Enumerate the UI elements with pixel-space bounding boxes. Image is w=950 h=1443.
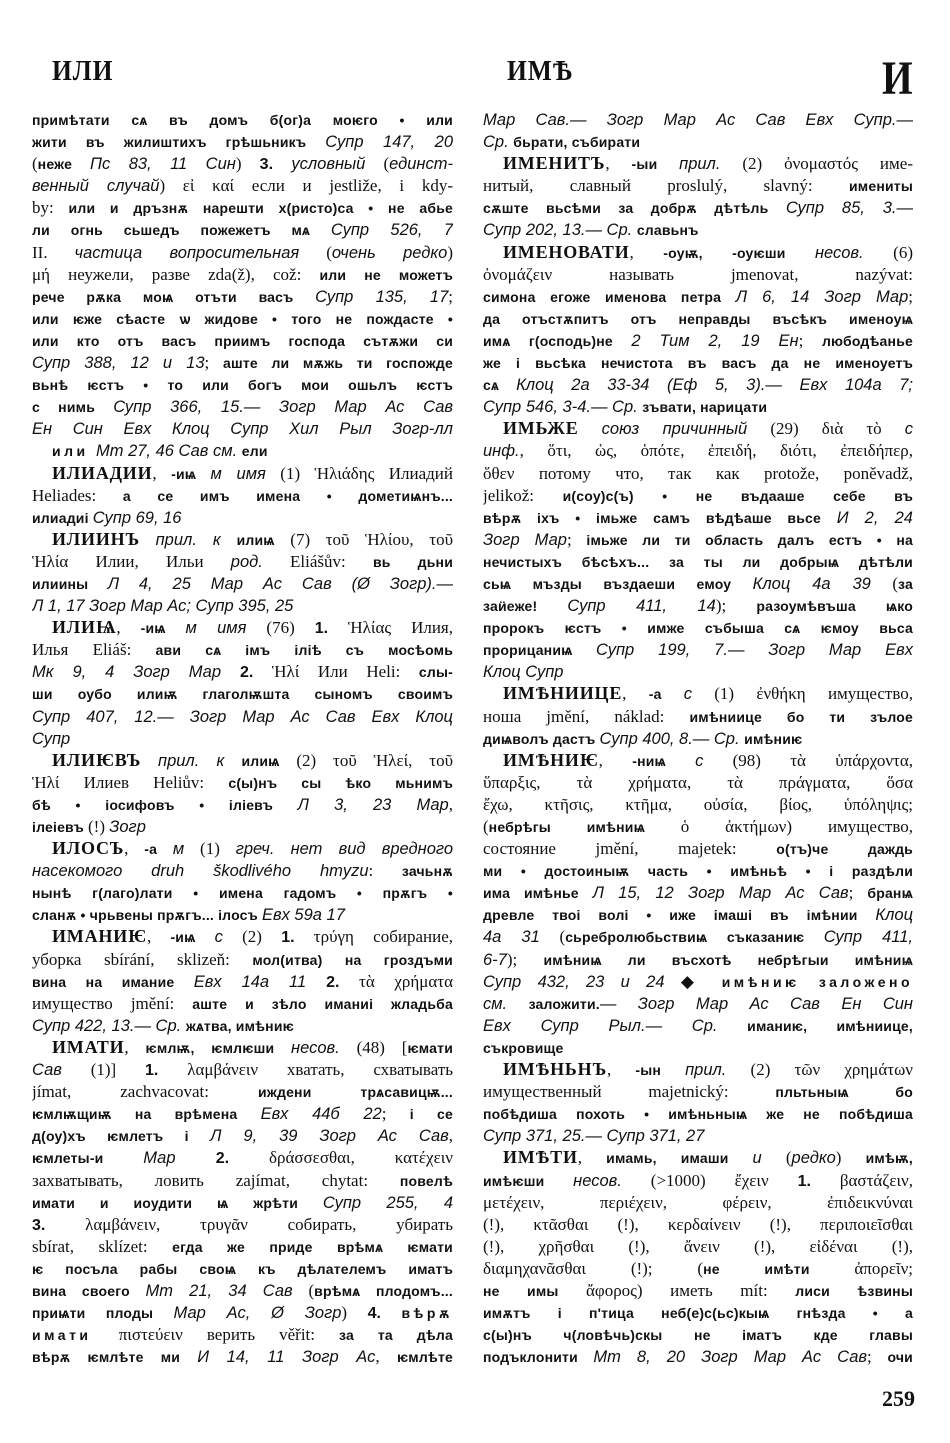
gloss-text: μετέχειν, περιέχειν, φέρειν, ἐπιδεικνύνα… bbox=[483, 1193, 913, 1212]
ocs-text: имѣѭ, bbox=[866, 1150, 913, 1166]
ocs-text: ши оубо илиѭ глаголѭшта сыномъ своимъ bbox=[32, 686, 453, 702]
italic-text: Супр 202, 13.— Ср. bbox=[483, 221, 637, 239]
italic-text: несов. bbox=[291, 1039, 340, 1057]
ocs-text: разоумѣвъша ѩко bbox=[756, 598, 913, 614]
gloss-text: Илья Eliáš: bbox=[32, 640, 156, 659]
gloss-text: , bbox=[116, 618, 140, 637]
ocs-text: сланѫ • чрьвены прѫгъ... ілосъ bbox=[32, 907, 262, 923]
ocs-text: зачьнѫ bbox=[402, 863, 453, 879]
italic-text: Супр 199, 7.— Зогр Мар Евх bbox=[596, 641, 913, 659]
gloss-text bbox=[140, 530, 156, 549]
gloss-text: ; bbox=[448, 287, 453, 306]
text-line: ИЛИАДИИ, -иѩ м имя (1) Ἡλιάδης Илиадий bbox=[32, 463, 453, 485]
italic-text: — Зогр Мар Ас Сав Ен Син bbox=[600, 995, 913, 1013]
gloss-text: , bbox=[147, 927, 171, 946]
ocs-text: илиадиі bbox=[32, 510, 93, 526]
ocs-text: вѣрѫ ѥмлѣте ми bbox=[32, 1349, 197, 1365]
italic-text: м bbox=[173, 840, 184, 858]
gloss-text bbox=[381, 1303, 402, 1322]
text-line: Л 1, 17 Зогр Мар Ас; Супр 395, 25 bbox=[32, 595, 453, 617]
italic-text: м имя bbox=[186, 619, 247, 637]
text-line: вѣрѫ іхъ • імьже самъ вѣдѣаше вьсе И 2, … bbox=[483, 507, 913, 529]
gloss-text: (1) ἐνθήκη имущество, bbox=[692, 684, 913, 703]
ocs-text: ѥмлѭщиѭ на врѣмена bbox=[32, 1106, 261, 1122]
ocs-text: -ниѩ bbox=[632, 753, 695, 769]
ocs-text: ли огнь сьшедъ пожежетъ мѧ bbox=[32, 222, 331, 238]
italic-text: род. bbox=[231, 553, 263, 571]
gloss-text: , bbox=[622, 684, 649, 703]
ocs-text: с(ы)нъ ч(ловѣчь)скы не іматъ кде главы bbox=[483, 1327, 913, 1343]
gloss-text: λαμβάνειν хватать, схватывать bbox=[158, 1060, 453, 1079]
gloss-text: состояние jmění, majetek: bbox=[483, 839, 776, 858]
text-line: Супр 407, 12.— Зогр Мар Ас Сав Евх Клоц bbox=[32, 706, 453, 728]
ocs-text: -иѩ bbox=[141, 620, 186, 636]
text-line: Супр 388, 12 и 13; аште ли мѫжь ти госпо… bbox=[32, 352, 453, 374]
text-line: нечистыхъ бѣсѣхъ... за ты ли добрыѩ дѣтѣ… bbox=[483, 551, 913, 573]
sense-number: 2. bbox=[326, 974, 339, 991]
italic-text: Супр 366, 15.— Зогр Мар Ас Сав bbox=[113, 398, 453, 416]
italic-text: Мт 21, 34 Сав bbox=[146, 1282, 293, 1300]
text-line: сѧ Клоц 2а 33-34 (Еф 5, 3).— Евх 104а 7; bbox=[483, 374, 913, 396]
ocs-text: повелѣ bbox=[400, 1173, 453, 1189]
text-line: симона егоже именова петра Л 6, 14 Зогр … bbox=[483, 286, 913, 308]
gloss-text: (7) τοῦ Ἡλίου, τοῦ bbox=[275, 530, 453, 549]
sense-number: 2. bbox=[216, 1150, 229, 1167]
ocs-text: вина на имание bbox=[32, 974, 194, 990]
gloss-text: , bbox=[124, 839, 144, 858]
italic-text: насекомого druh škodlivého hmyzu bbox=[32, 862, 369, 880]
text-line: ли огнь сьшедъ пожежетъ мѧ Супр 526, 7 bbox=[32, 219, 453, 241]
text-line: jímat, zachvacovat: иждени трѧсавицѭ... bbox=[32, 1081, 453, 1103]
text-line: ἔχω, κτῆσις, κτῆμα, οὐσία, βίος, ὑπόληψι… bbox=[483, 794, 913, 816]
italic-text: Супр 407, 12.— Зогр Мар Ас Сав Евх Клоц bbox=[32, 708, 453, 726]
text-line: Heliades: а се имъ имена • дометиѩнъ... bbox=[32, 485, 453, 507]
ocs-text: любодѣанье bbox=[822, 333, 913, 349]
ocs-text: побѣдиша похоть • имѣньныѩ же не побѣдиш… bbox=[483, 1106, 913, 1122]
italic-text: Л 3, 23 Мар bbox=[298, 796, 449, 814]
ocs-text: не имѣти bbox=[703, 1261, 854, 1277]
text-line: с(ы)нъ ч(ловѣчь)скы не іматъ кде главы bbox=[483, 1324, 913, 1346]
gloss-text bbox=[579, 419, 602, 438]
gloss-text: ; bbox=[908, 287, 913, 306]
gloss-text: (98) τὰ ὑπάρχοντα, bbox=[703, 751, 913, 770]
italic-text: редко bbox=[792, 1149, 836, 1167]
text-line: имати и иоудити ѩ жрѣти Супр 255, 4 bbox=[32, 1192, 453, 1214]
ocs-text: с нимь bbox=[32, 399, 113, 415]
text-line: Ен Син Евх Клоц Супр Хил Рыл Зогр-лл bbox=[32, 418, 453, 440]
gloss-text: ) bbox=[236, 154, 260, 173]
right-column: Мар Сав.— Зогр Мар Ас Сав Евх Супр.—Ср. … bbox=[483, 109, 913, 1368]
ocs-text: егда же приде врѣмѧ ѥмати bbox=[172, 1239, 453, 1255]
gloss-text: имущество jmění: bbox=[32, 994, 192, 1013]
ocs-text: врѣмѧ плодомъ... bbox=[314, 1283, 453, 1299]
italic-text: условный bbox=[291, 155, 365, 173]
ocs-text: прорицаниѩ bbox=[483, 642, 596, 658]
italic-text: И 14, 11 Зогр Ас bbox=[197, 1348, 375, 1366]
ocs-text: имамь, имаши bbox=[606, 1150, 752, 1166]
gloss-text: (48) [ bbox=[340, 1038, 408, 1057]
italic-text: прил. bbox=[685, 1061, 726, 1079]
italic-text: 4а 31 bbox=[483, 928, 540, 946]
gloss-text: ἔχω, κτῆσις, κτῆμα, οὐσία, βίος, ὑπόληψι… bbox=[483, 795, 913, 814]
gloss-text: sbírat, sklízet: bbox=[32, 1237, 172, 1256]
gloss-text: , bbox=[152, 464, 171, 483]
italic-text: Клоц 4а 39 bbox=[753, 575, 871, 593]
gloss-text: (!) bbox=[88, 817, 109, 836]
italic-text: частица вопросительная bbox=[75, 244, 300, 262]
text-line: ὕπαρξις, τὰ χρήματα, τὰ πράγματα, ὅσα bbox=[483, 772, 913, 794]
text-line: ИМѢТИ, имамь, имаши и (редко) имѣѭ, bbox=[483, 1147, 913, 1169]
gloss-text: Ἡλί Илиев Heliův: bbox=[32, 773, 228, 792]
gloss-text: , ὅτι, ὡς, ὁπότε, ἐπειδή, διότι, ἐπειδήπ… bbox=[520, 441, 913, 460]
italic-text: Супр 546, 3-4.— Ср. bbox=[483, 398, 642, 416]
text-line: Супр bbox=[32, 728, 453, 750]
ocs-text: приѩти плоды bbox=[32, 1305, 174, 1321]
ocs-text: или и дръзнѫ нарешти х(ристо)са • не абь… bbox=[69, 200, 453, 216]
ocs-text: имати и иоудити ѩ жрѣти bbox=[32, 1195, 323, 1211]
italic-text: венный случай bbox=[32, 177, 159, 195]
text-line: или Мт 27, 46 Сав см. ели bbox=[32, 440, 453, 462]
text-line: Супр 546, 3-4.— Ср. зъвати, нарицати bbox=[483, 396, 913, 418]
text-line: ѥ посъла рабы своѩ къ дѣлателемъ иматъ bbox=[32, 1258, 453, 1280]
headword: ИМѢНИѤ bbox=[503, 750, 599, 770]
text-line: уборка sbírání, sklizeň: мол(итва) на гр… bbox=[32, 949, 453, 971]
headword: ИМѢНИИЦЕ bbox=[503, 683, 622, 703]
text-line: sbírat, sklízet: егда же приде врѣмѧ ѥма… bbox=[32, 1236, 453, 1258]
text-line: Супр 432, 23 и 24 ◆ имѣниѥ заложено bbox=[483, 971, 913, 993]
text-line: ИЛИИНЪ прил. к илиѩ (7) τοῦ Ἡλίου, τοῦ bbox=[32, 529, 453, 551]
text-line: древле твоі волі • иже імаші въ імѣнии К… bbox=[483, 904, 913, 926]
italic-text: очень редко bbox=[332, 244, 447, 262]
sense-number: 1. bbox=[145, 1062, 158, 1079]
headword: ИМАТИ bbox=[52, 1037, 124, 1057]
text-line: пророкъ ѥстъ • имже събыша сѧ ѥмоу вьса bbox=[483, 617, 913, 639]
text-line: Ἡλία Илии, Ильи род. Eliášův: вь дьни bbox=[32, 551, 453, 573]
gloss-text: λαμβάνειν, τρυγᾶν собирать, убирать bbox=[45, 1215, 453, 1234]
italic-text: 6-7 bbox=[483, 951, 507, 969]
gloss-text: имущественный majetnický: bbox=[483, 1082, 775, 1101]
ocs-text: і се bbox=[410, 1106, 453, 1122]
text-line: сьѩ мъзды въздаеши емоу Клоц 4а 39 (за bbox=[483, 573, 913, 595]
text-line: (!), κτᾶσθαι (!), κερδαίνειν (!), περιπο… bbox=[483, 1214, 913, 1236]
text-line: сѫште вьсѣми за добрѫ дѣтѣль Супр 85, 3.… bbox=[483, 197, 913, 219]
gloss-text: ὅθεν потому что, так как protože, poněva… bbox=[483, 464, 913, 483]
italic-text: Мар bbox=[143, 1149, 216, 1167]
ocs-text-spaced: или bbox=[52, 443, 96, 459]
text-line: ноша jmění, náklad: имѣниице бо ти зълое bbox=[483, 706, 913, 728]
gloss-text: ὁ ἀκτήμων) имущество, bbox=[681, 817, 913, 836]
text-line: вьнѣ ѥстъ • то или богъ мои ошьлъ ѥстъ bbox=[32, 374, 453, 396]
text-line: побѣдиша похоть • имѣньныѩ же не побѣдиш… bbox=[483, 1103, 913, 1125]
sense-number: 4. bbox=[368, 1305, 381, 1322]
sense-number: 2. bbox=[240, 664, 253, 681]
ocs-text: ѥмати bbox=[407, 1040, 453, 1056]
sense-number: 1. bbox=[281, 929, 294, 946]
ocs-text: имѣѥши bbox=[483, 1173, 573, 1189]
italic-text: м имя bbox=[210, 465, 265, 483]
ocs-text: ілеіевъ bbox=[32, 819, 88, 835]
gloss-text: ( bbox=[299, 243, 332, 262]
text-line: захватывать, ловить zajímat, chytat: пов… bbox=[32, 1170, 453, 1192]
gloss-text: II. bbox=[32, 243, 75, 262]
italic-text: Евх 14а 11 bbox=[194, 973, 326, 991]
italic-text: прил. к bbox=[158, 752, 241, 770]
italic-text: Л 15, 12 Зогр Мар Ас Сав bbox=[593, 884, 849, 902]
ocs-text: слы- bbox=[419, 664, 453, 680]
sense-number: 1. bbox=[798, 1173, 811, 1190]
gloss-text: ὀνομάζειν называть jmenovat, nazývat: bbox=[483, 265, 913, 284]
headword: ИМѢНЬНЪ bbox=[503, 1059, 607, 1079]
ocs-text: рече рѫка моѩ отъти васъ bbox=[32, 289, 315, 305]
headword: ИМЕНИТЪ bbox=[503, 153, 605, 173]
gloss-text: (2) τοῦ Ἡλεί, τοῦ bbox=[280, 751, 453, 770]
text-line: μή неужели, разве zda(ž), což: или не мо… bbox=[32, 264, 453, 286]
text-line: ИМѢНИѤ, -ниѩ с (98) τὰ ὑπάρχοντα, bbox=[483, 750, 913, 772]
gloss-text: ( bbox=[540, 927, 565, 946]
ocs-text: -а bbox=[144, 841, 173, 857]
ocs-text: бѣ • іосифовъ • іліевъ bbox=[32, 797, 298, 813]
text-line: д(оу)хъ ѥмлетъ і Л 9, 39 Зогр Ас Сав, bbox=[32, 1125, 453, 1147]
gloss-text: ; bbox=[867, 1347, 887, 1366]
gloss-text: , bbox=[578, 1148, 606, 1167]
italic-text: Клоц Супр bbox=[483, 663, 563, 681]
text-line: ИЛОСЪ, -а м (1) греч. нет вид вредного bbox=[32, 838, 453, 860]
text-line: ИЛИѨ, -иѩ м имя (76) 1. Ἡλίας Илия, bbox=[32, 617, 453, 639]
italic-text: Сав bbox=[32, 1061, 62, 1079]
text-line: см. заложити.— Зогр Мар Ас Сав Ен Син bbox=[483, 993, 913, 1015]
ocs-text: аште ли мѫжь ти госпожде bbox=[223, 355, 453, 371]
ocs-text: заложити. bbox=[529, 996, 600, 1012]
headword: ИЛИИНЪ bbox=[52, 529, 140, 549]
text-line: ѥмлѭщиѭ на врѣмена Евх 44б 22; і се bbox=[32, 1103, 453, 1125]
text-line: jelikož: и(соу)с(ъ) • не въдааше себе въ bbox=[483, 485, 913, 507]
text-line: μετέχειν, περιέχειν, φέρειν, ἐπιδεικνύνα… bbox=[483, 1192, 913, 1214]
text-line: рече рѫка моѩ отъти васъ Супр 135, 17; bbox=[32, 286, 453, 308]
text-line: же і вьсѣка нечистота въ васъ да не имен… bbox=[483, 352, 913, 374]
gloss-text: (2) τῶν χρημάτων bbox=[726, 1060, 913, 1079]
gloss-text: ( bbox=[365, 154, 389, 173]
text-line: Зогр Мар; імьже ли ти область далъ естъ … bbox=[483, 529, 913, 551]
text-line: (!), χρῆσθαι (!), ἄνειν (!), εἰδέναι (!)… bbox=[483, 1236, 913, 1258]
ocs-text: диѩволъ дастъ bbox=[483, 731, 600, 747]
ocs-text: ави сѧ імъ іліѣ съ мосѣомь bbox=[156, 642, 453, 658]
italic-text: Супр 411, 14 bbox=[567, 597, 715, 615]
ocs-text: ели bbox=[242, 443, 268, 459]
italic-text: с bbox=[684, 685, 692, 703]
ocs-text: нечистыхъ бѣсѣхъ... за ты ли добрыѩ дѣтѣ… bbox=[483, 554, 913, 570]
gloss-text: (!), κτᾶσθαι (!), κερδαίνειν (!), περιπο… bbox=[483, 1215, 913, 1234]
text-line: имати πιστεύειν верить věřit: за та дѣла bbox=[32, 1324, 453, 1346]
headword: ИЛИѤВЪ bbox=[52, 750, 141, 770]
italic-text: Мар Сав.— Зогр Мар Ас Сав Евх Супр.— bbox=[483, 111, 913, 129]
text-line: венный случай) εἰ καί если и jestliže, i… bbox=[32, 175, 453, 197]
gloss-text: , bbox=[449, 1126, 453, 1145]
text-line: Сав (1)] 1. λαμβάνειν хватать, схватыват… bbox=[32, 1059, 453, 1081]
italic-text: греч. нет вид вредного bbox=[236, 840, 453, 858]
italic-text: Л 9, 39 Зогр Ас Сав bbox=[210, 1127, 449, 1145]
gloss-text: jelikož: bbox=[483, 486, 563, 505]
text-line: ми • достоиныѭ часть • имѣньѣ • і раздѣл… bbox=[483, 860, 913, 882]
ocs-text: илиѩ bbox=[237, 532, 275, 548]
gloss-text: , bbox=[375, 1347, 397, 1366]
text-line: ИЛИѤВЪ прил. к илиѩ (2) τοῦ Ἡλεί, τοῦ bbox=[32, 750, 453, 772]
ocs-text: небрѣгы имѣниѩ bbox=[489, 819, 681, 835]
text-line: ὅθεν потому что, так как protože, poněva… bbox=[483, 463, 913, 485]
gloss-text: ; bbox=[205, 353, 223, 372]
ocs-text-spaced: имѣниѥ заложено bbox=[722, 974, 913, 990]
text-line: ши оубо илиѭ глаголѭшта сыномъ своимъ bbox=[32, 683, 453, 705]
text-line: Мк 9, 4 Зогр Мар 2. Ἡλί Или Heli: слы- bbox=[32, 661, 453, 683]
sense-number: 1. bbox=[315, 620, 328, 637]
italic-text: несов. bbox=[573, 1172, 622, 1190]
right-guide-word: ИМѢ bbox=[507, 57, 573, 86]
text-line: ὀνομάζειν называть jmenovat, nazývat: bbox=[483, 264, 913, 286]
ocs-text: за bbox=[898, 576, 913, 592]
gloss-text: (6) bbox=[864, 243, 913, 262]
text-line: нынѣ г(лаго)лати • имена гадомъ • прѫгъ … bbox=[32, 882, 453, 904]
gloss-text: ( bbox=[293, 1281, 314, 1300]
ocs-text: и(соу)с(ъ) • не въдааше себе въ bbox=[563, 488, 913, 504]
dictionary-page: ИЛИ ИМѢ И примѣтати сѧ въ домъ б(ог)а мо… bbox=[0, 0, 950, 1443]
ocs-text: мол(итва) на гроздъми bbox=[252, 952, 453, 968]
italic-text: И 2, 24 bbox=[837, 509, 913, 527]
text-line: бѣ • іосифовъ • іліевъ Л 3, 23 Мар, bbox=[32, 794, 453, 816]
gloss-text: (1) Ἡλιάδης Илиадий bbox=[266, 464, 453, 483]
italic-text: Евх Супр Рыл.— Ср. bbox=[483, 1017, 747, 1035]
text-line: имущество jmění: аште и зѣло иманиі жлад… bbox=[32, 993, 453, 1015]
left-guide-word: ИЛИ bbox=[52, 57, 113, 86]
ocs-text: д(оу)хъ ѥмлетъ і bbox=[32, 1128, 210, 1144]
headword: ИЛОСЪ bbox=[52, 838, 124, 858]
text-line: подъклонити Мт 8, 20 Зогр Мар Ас Сав; оч… bbox=[483, 1346, 913, 1368]
text-line: вина своего Мт 21, 34 Сав (врѣмѧ плодомъ… bbox=[32, 1280, 453, 1302]
italic-text: инф. bbox=[483, 442, 520, 460]
gloss-text: (2) bbox=[223, 927, 281, 946]
ocs-text: с(ы)нъ сы ѣко мьнимъ bbox=[228, 775, 453, 791]
italic-text: Супр 135, 17 bbox=[315, 288, 448, 306]
text-line: (небрѣгы имѣниѩ ὁ ἀκτήμων) имущество, bbox=[483, 816, 913, 838]
italic-text: с bbox=[905, 420, 913, 438]
text-line: ИМѢНЬНЪ, -ын прил. (2) τῶν χρημάτων bbox=[483, 1059, 913, 1081]
gloss-text: захватывать, ловить zajímat, chytat: bbox=[32, 1171, 400, 1190]
ocs-text: иманиѥ, имѣниице, bbox=[747, 1018, 913, 1034]
gloss-text: jímat, zachvacovat: bbox=[32, 1082, 258, 1101]
italic-text: Ен Син Евх Клоц Супр Хил Рыл Зогр-лл bbox=[32, 420, 453, 438]
ocs-text: вина своего bbox=[32, 1283, 146, 1299]
text-line: имѧ г(осподь)не 2 Тим 2, 19 Ен; любодѣан… bbox=[483, 330, 913, 352]
gloss-text: μή неужели, разве zda(ž), což: bbox=[32, 265, 319, 284]
ocs-text: имѣниице бо ти зълое bbox=[689, 709, 913, 725]
text-line: има имѣнье Л 15, 12 Зогр Мар Ас Сав; бра… bbox=[483, 882, 913, 904]
gloss-text: ἄφορος) иметь mít: bbox=[586, 1281, 795, 1300]
text-line: 6-7); имѣниѩ ли въсхотѣ небрѣгыи имѣниѩ bbox=[483, 949, 913, 971]
ocs-text: симона егоже именова петра bbox=[483, 289, 736, 305]
gloss-text: ἀπορεῖν; bbox=[854, 1259, 913, 1278]
ocs-text: сѧ bbox=[483, 377, 516, 393]
ocs-text: жѧтва, имѣниѥ bbox=[186, 1018, 294, 1034]
text-line: ИМАНИѤ, -иѩ с (2) 1. τρύγη собирание, bbox=[32, 926, 453, 948]
gloss-text: Ἡλίας Илия, bbox=[328, 618, 453, 637]
italic-text: Супр 411, bbox=[824, 928, 913, 946]
italic-text: Пс 83, 11 Син bbox=[90, 155, 236, 173]
gloss-text: (2) ὀνομαστός име- bbox=[720, 154, 913, 173]
gloss-text: уборка sbírání, sklizeň: bbox=[32, 950, 252, 969]
italic-text: союз причинный bbox=[602, 420, 748, 438]
italic-text: Супр 69, 16 bbox=[93, 509, 182, 527]
gloss-text: διαμηχανᾶσθαι (!); ( bbox=[483, 1259, 703, 1278]
ocs-text: имѣниѩ ли въсхотѣ небрѣгыи имѣниѩ bbox=[543, 952, 913, 968]
gloss-text: Heliades: bbox=[32, 486, 123, 505]
italic-text: Супр 388, 12 и 13 bbox=[32, 354, 205, 372]
gloss-text: (76) bbox=[246, 618, 314, 637]
text-line: да отъстѫпитъ отъ неправды въсѣкъ именоу… bbox=[483, 308, 913, 330]
ocs-text: очи bbox=[887, 1349, 913, 1365]
ocs-text: не имы bbox=[483, 1283, 586, 1299]
gloss-text: Ἡλία Илии, Ильи bbox=[32, 552, 231, 571]
gloss-text: ) bbox=[447, 243, 453, 262]
text-line: by: или и дръзнѫ нарешти х(ристо)са • не… bbox=[32, 197, 453, 219]
gloss-text: (1) bbox=[184, 839, 236, 858]
text-line: инф., ὅτι, ὡς, ὁπότε, ἐπειδή, διότι, ἐπε… bbox=[483, 440, 913, 462]
ocs-text: имѫтъ і п'тица неб(е)с(ьс)кыѩ гнѣзда • а bbox=[483, 1305, 913, 1321]
text-line: или кто отъ васъ приимъ господа сътѫжи с… bbox=[32, 330, 453, 352]
sense-number: 3. bbox=[32, 1217, 45, 1234]
gloss-text: , bbox=[599, 751, 633, 770]
text-line: ИМЬЖЕ союз причинный (29) διὰ τὸ с bbox=[483, 418, 913, 440]
italic-text: несов. bbox=[815, 244, 864, 262]
page-number: 259 bbox=[882, 1388, 915, 1410]
italic-text: прил. bbox=[679, 155, 720, 173]
gloss-text: ; bbox=[382, 1104, 410, 1123]
gloss-text: ( bbox=[871, 574, 898, 593]
ocs-text: -иѩ bbox=[170, 929, 214, 945]
text-line: Илья Eliáš: ави сѧ імъ іліѣ съ мосѣомь bbox=[32, 639, 453, 661]
ocs-text: нынѣ г(лаго)лати • имена гадомъ • прѫгъ … bbox=[32, 885, 453, 901]
text-line: διαμηχανᾶσθαι (!); (не имѣти ἀπορεῖν; bbox=[483, 1258, 913, 1280]
italic-text: Зогр bbox=[109, 818, 146, 836]
gloss-text: τρύγη собирание, bbox=[295, 927, 453, 946]
text-line: съкровище bbox=[483, 1037, 913, 1059]
gloss-text: πιστεύειν верить věřit: bbox=[119, 1325, 339, 1344]
ocs-text: имениты bbox=[849, 178, 913, 194]
ocs-text: или кто отъ васъ приимъ господа сътѫжи с… bbox=[32, 333, 453, 349]
text-line: сланѫ • чрьвены прѫгъ... ілосъ Евх 59а 1… bbox=[32, 904, 453, 926]
text-line: (неже Пс 83, 11 Син) 3. условный (единст… bbox=[32, 153, 453, 175]
italic-text: Мк 9, 4 Зогр Мар bbox=[32, 663, 240, 681]
ocs-text: илиѩ bbox=[241, 753, 279, 769]
text-line: имѫтъ і п'тица неб(е)с(ьс)кыѩ гнѣзда • а bbox=[483, 1302, 913, 1324]
ocs-text: сѫште вьсѣми за добрѫ дѣтѣль bbox=[483, 200, 786, 216]
text-line: насекомого druh škodlivého hmyzu: зачьнѫ bbox=[32, 860, 453, 882]
ocs-text: ми • достоиныѭ часть • имѣньѣ • і раздѣл… bbox=[483, 863, 913, 879]
left-column: примѣтати сѧ въ домъ б(ог)а моѥго • илиж… bbox=[32, 109, 453, 1368]
ocs-text: примѣтати сѧ въ домъ б(ог)а моѥго • или bbox=[32, 112, 453, 128]
text-line: Супр 371, 25.— Супр 371, 27 bbox=[483, 1125, 913, 1147]
ocs-text: а се имъ имена • дометиѩнъ... bbox=[123, 488, 453, 504]
italic-text: Евх 44б 22 bbox=[261, 1105, 382, 1123]
ocs-text: пророкъ ѥстъ • имже събыша сѧ ѥмоу вьса bbox=[483, 620, 913, 636]
ocs-text: съкровище bbox=[483, 1040, 564, 1056]
ocs-text: -ын bbox=[635, 1062, 685, 1078]
gloss-text: by: bbox=[32, 198, 69, 217]
italic-text: Мт 27, 46 Сав см. bbox=[96, 442, 242, 460]
gloss-text: , bbox=[605, 154, 631, 173]
italic-text: с bbox=[215, 928, 223, 946]
italic-text: 2 Тим 2, 19 Ен bbox=[631, 332, 798, 350]
ocs-text: -оуѭ, -оуѥши bbox=[663, 245, 815, 261]
gloss-text: τὰ χρήματα bbox=[339, 972, 453, 991]
ocs-text: бьрати, събирати bbox=[513, 134, 640, 150]
